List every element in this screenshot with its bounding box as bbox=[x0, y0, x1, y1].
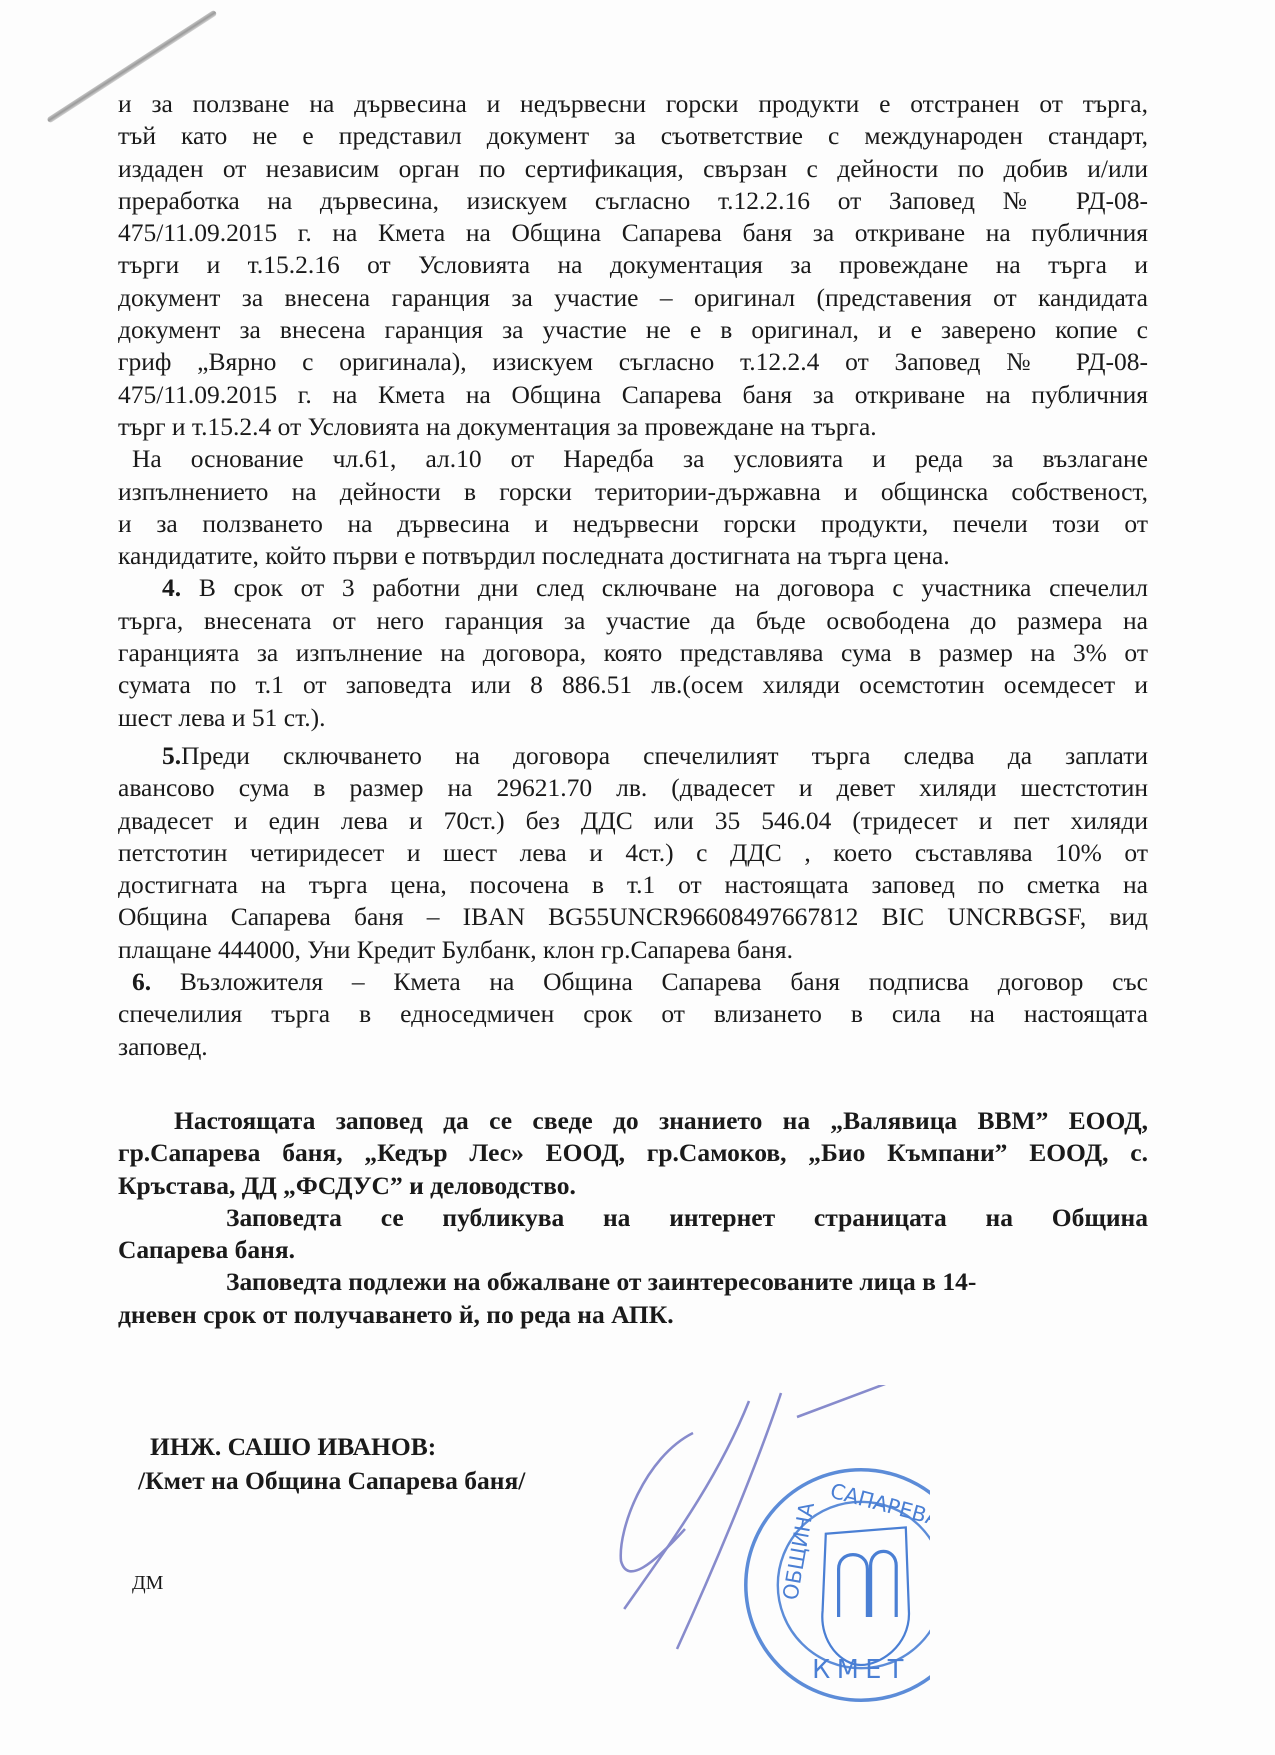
scanned-page: и за ползване на дървесина и недървесни … bbox=[0, 0, 1275, 1755]
text-line: двадесет и един лева и 70ст.) без ДДС ил… bbox=[118, 805, 1148, 837]
text-line: 5.Преди сключването на договора спечелил… bbox=[118, 740, 1148, 772]
text-line: Кръстава, ДД „ФСДУС” и деловодство. bbox=[118, 1170, 1148, 1202]
text-line: тъй като не е представил документ за съо… bbox=[118, 120, 1148, 152]
text-line: достигната на търга цена, посочена в т.1… bbox=[118, 869, 1148, 901]
svg-text:КМЕТ: КМЕТ bbox=[812, 1655, 910, 1685]
paragraph-legal-basis: На основание чл.61, ал.10 от Наредба за … bbox=[118, 443, 1148, 572]
svg-text:САПАРЕВА: САПАРЕВА bbox=[828, 1479, 930, 1532]
text-line: кандидатите, който първи е потвърдил пос… bbox=[118, 540, 1148, 572]
text-line: Сапарева баня. bbox=[118, 1234, 1148, 1266]
paragraph-item-6: 6. Възложителя – Кмета на Община Сапарев… bbox=[118, 966, 1148, 1063]
item-number: 6. bbox=[132, 967, 151, 996]
initials: ДМ bbox=[132, 1572, 163, 1595]
text-line: сумата по т.1 от заповедта или 8 886.51 … bbox=[118, 669, 1148, 701]
document-body: и за ползване на дървесина и недървесни … bbox=[118, 88, 1148, 1331]
text-line: Община Сапарева баня – IBAN BG55UNCR9660… bbox=[118, 901, 1148, 933]
text-line: преработка на дървесина, изискуем съглас… bbox=[118, 185, 1148, 217]
paragraph-disqualification: и за ползване на дървесина и недървесни … bbox=[118, 88, 1148, 443]
text-line: 6. Възложителя – Кмета на Община Сапарев… bbox=[118, 966, 1148, 998]
text-line: Настоящата заповед да се сведе до знание… bbox=[118, 1105, 1148, 1137]
official-stamp-icon: КМЕТ ОБЩИНА САПАРЕВА БАНЯ bbox=[600, 1385, 930, 1705]
text-line: 475/11.09.2015 г. на Кмета на Община Сап… bbox=[118, 217, 1148, 249]
text-line: гр.Сапарева баня, „Кедър Лес» ЕООД, гр.С… bbox=[118, 1137, 1148, 1169]
text-line: дневен срок от получаването й, по реда н… bbox=[118, 1299, 1148, 1331]
text-line: документ за внесена гаранция за участие … bbox=[118, 282, 1148, 314]
text-line: Заповедта се публикува на интернет стран… bbox=[118, 1202, 1148, 1234]
paragraph-appeal: Заповедта подлежи на обжалване от заинте… bbox=[118, 1266, 1148, 1331]
text-line: търг и т.15.2.4 от Условията на документ… bbox=[118, 411, 1148, 443]
text-line: гаранцията за изпълнение на договора, ко… bbox=[118, 637, 1148, 669]
spacer bbox=[118, 1063, 1148, 1105]
signatory-name: ИНЖ. САШО ИВАНОВ: bbox=[150, 1430, 525, 1464]
paragraph-item-5: 5.Преди сключването на договора спечелил… bbox=[118, 740, 1148, 966]
text-line: 4. В срок от 3 работни дни след сключван… bbox=[118, 572, 1148, 604]
signatory-title: /Кмет на Община Сапарева баня/ bbox=[122, 1464, 525, 1498]
text-line: Заповедта подлежи на обжалване от заинте… bbox=[118, 1266, 1148, 1298]
item-number: 5. bbox=[162, 741, 181, 770]
signature-block: ИНЖ. САШО ИВАНОВ: /Кмет на Община Сапаре… bbox=[150, 1430, 525, 1498]
text-line: гриф „Вярно с оригинала), изискуем съгла… bbox=[118, 346, 1148, 378]
paragraph-item-4: 4. В срок от 3 работни дни след сключван… bbox=[118, 572, 1148, 733]
text-line: плащане 444000, Уни Кредит Булбанк, клон… bbox=[118, 934, 1148, 966]
text-line: и за ползване на дървесина и недървесни … bbox=[118, 88, 1148, 120]
text-line: спечелилия търга в едноседмичен срок от … bbox=[118, 998, 1148, 1030]
text-line: търги и т.15.2.16 от Условията на докуме… bbox=[118, 249, 1148, 281]
text-line: На основание чл.61, ал.10 от Наредба за … bbox=[118, 443, 1148, 475]
text-line: 475/11.09.2015 г. на Кмета на Община Сап… bbox=[118, 379, 1148, 411]
text-line: документ за внесена гаранция за участие … bbox=[118, 314, 1148, 346]
text-line: издаден от независим орган по сертификац… bbox=[118, 153, 1148, 185]
item-number: 4. bbox=[162, 573, 181, 602]
paragraph-publication: Заповедта се публикува на интернет стран… bbox=[118, 1202, 1148, 1267]
text-line: авансово сума в размер на 29621.70 лв. (… bbox=[118, 772, 1148, 804]
text-line: и за ползването на дървесина и недървесн… bbox=[118, 508, 1148, 540]
text-line: търга, внесената от него гаранция за уча… bbox=[118, 605, 1148, 637]
paragraph-notification: Настоящата заповед да се сведе до знание… bbox=[118, 1105, 1148, 1202]
text-line: шест лева и 51 ст.). bbox=[118, 702, 1148, 734]
text-line: петстотин четиридесет и шест лева и 4ст.… bbox=[118, 837, 1148, 869]
text-line: изпълнението на дейности в горски терито… bbox=[118, 476, 1148, 508]
text-line: заповед. bbox=[118, 1031, 1148, 1063]
